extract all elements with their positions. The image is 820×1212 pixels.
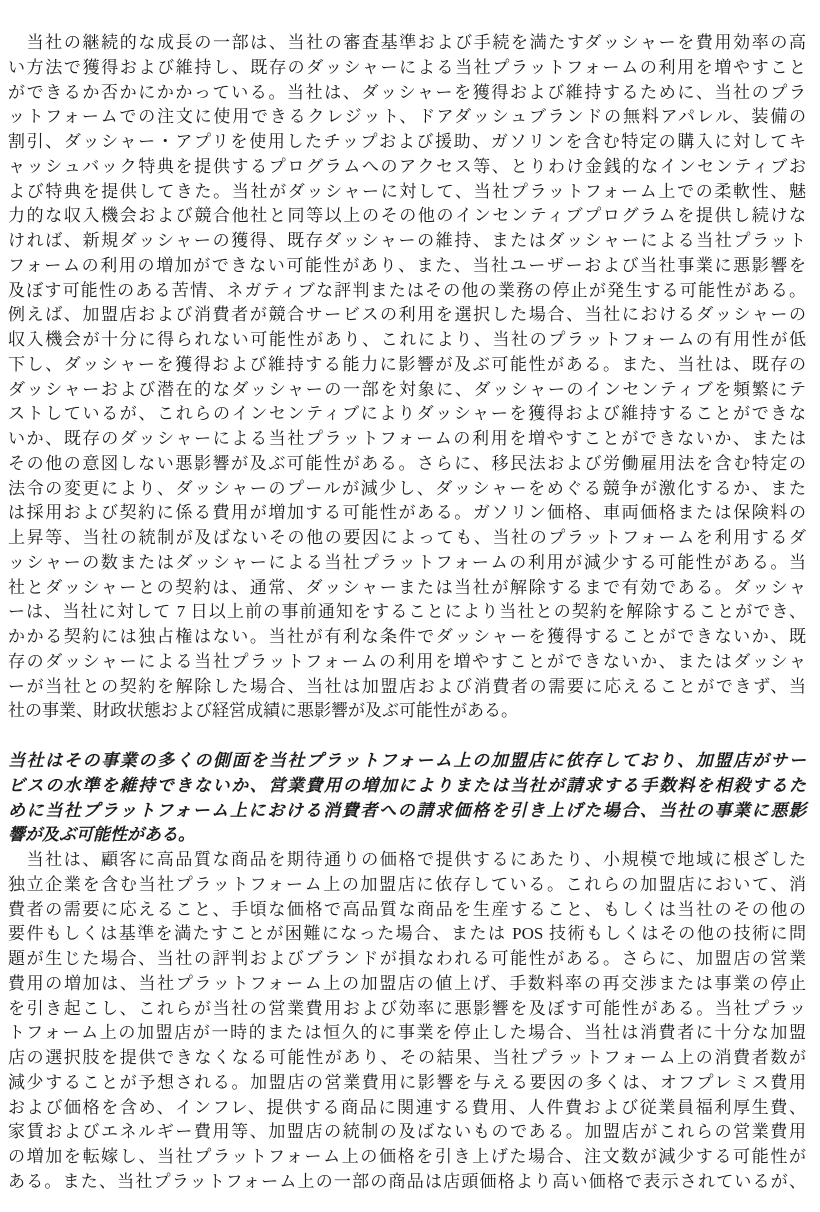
text-line: ダッシャーおよび潜在的なダッシャーの一部を対象に、ダッシャーのインセンティブを頻… — [8, 378, 806, 403]
text-line: 上昇等、当社の統制が及ばないその他の要因によっても、当社のプラットフォームを利用… — [8, 526, 806, 551]
text-line: ャッシュバック特典を提供するプログラムへのアクセス等、とりわけ金銭的なインセンテ… — [8, 155, 806, 180]
text-line: 題が生じた場合、当社の評判およびブランドが損なわれる可能性がある。さらに、加盟店… — [8, 947, 806, 972]
text-line: ができるか否かにかかっている。当社は、ダッシャーを獲得および維持するために、当社… — [8, 81, 806, 106]
text-line: 割引、ダッシャー・アプリを使用したチップおよび援助、ガソリンを含む特定の購入に対… — [8, 130, 806, 155]
paragraph-dasher-retention-risk: 当社の継続的な成長の一部は、当社の審査基準および手続を満たすダッシャーを費用効率… — [8, 31, 806, 724]
text-line: 下し、ダッシャーを獲得および維持する能力に影響が及ぶ可能性がある。また、当社は、… — [8, 353, 806, 378]
text-line: および価格を含め、インフレ、提供する商品に関連する費用、人件費および従業員福利厚… — [8, 1096, 806, 1121]
text-line: よび特典を提供してきた。当社がダッシャーに対して、当社プラットフォーム上での柔軟… — [8, 180, 806, 205]
text-line: 力的な収入機会および競合他社と同等以上のその他のインセンティブプログラムを提供し… — [8, 204, 806, 229]
text-line: 要件もしくは基準を満たすことが困難になった場合、または POS 技術もしくはその… — [8, 922, 806, 947]
risk-factor-heading-merchant-dependence: 当社はその事業の多くの側面を当社プラットフォーム上の加盟店に依存しており、加盟店… — [8, 749, 806, 848]
text-line: 費者の需要に応えること、手頃な価格で高品質な商品を生産すること、もしくは当社のそ… — [8, 898, 806, 923]
text-line: 費用の増加は、当社プラットフォーム上の加盟店の値上げ、手数料率の再交渉または事業… — [8, 972, 806, 997]
text-line: トフォーム上の加盟店が一時的または恒久的に事業を停止した場合、当社は消費者に十分… — [8, 1021, 806, 1046]
text-line: ーが当社との契約を解除した場合、当社は加盟店および消費者の需要に応えることができ… — [8, 675, 806, 700]
text-line: 例えば、加盟店および消費者が競合サービスの利用を選択した場合、当社におけるダッシ… — [8, 303, 806, 328]
text-line: を引き起こし、これらが当社の営業費用および効率に悪影響を及ぼす可能性がある。当社… — [8, 997, 806, 1022]
text-line: は採用および契約に係る費用が増加する可能性がある。ガソリン価格、車両価格または保… — [8, 501, 806, 526]
text-line: めに当社プラットフォーム上における消費者への請求価格を引き上げた場合、当社の事業… — [8, 799, 806, 824]
text-line: 当社の継続的な成長の一部は、当社の審査基準および手続を満たすダッシャーを費用効率… — [8, 31, 806, 56]
paragraph-merchant-dependence-risk: 当社は、顧客に高品質な商品を期待通りの価格で提供するにあたり、小規模で地域に根ざ… — [8, 848, 806, 1195]
document-page: 当社の継続的な成長の一部は、当社の審査基準および手続を満たすダッシャーを費用効率… — [0, 0, 820, 1212]
text-line: 店の選択肢を提供できなくなる可能性があり、その結果、当社プラットフォーム上の消費… — [8, 1046, 806, 1071]
text-line: ければ、新規ダッシャーの獲得、既存ダッシャーの維持、またはダッシャーによる当社プ… — [8, 229, 806, 254]
text-line: 収入機会が十分に得られない可能性があり、これにより、当社のプラットフォームの有用… — [8, 328, 806, 353]
text-line: 響が及ぶ可能性がある。 — [8, 823, 806, 848]
text-line: かかる契約には独占権はない。当社が有利な条件でダッシャーを獲得することができない… — [8, 625, 806, 650]
text-line: ットフォームでの注文に使用できるクレジット、ドアダッシュブランドの無料アパレル、… — [8, 105, 806, 130]
text-line: 社とダッシャーとの契約は、通常、ダッシャーまたは当社が解除するまで有効である。ダ… — [8, 576, 806, 601]
text-line: ビスの水準を維持できないか、営業費用の増加によりまたは当社が請求する手数料を相殺… — [8, 774, 806, 799]
text-line: フォームの利用の増加ができない可能性があり、また、当社ユーザーおよび当社事業に悪… — [8, 254, 806, 279]
text-line: いか、既存のダッシャーによる当社プラットフォームの利用を増やすことができないか、… — [8, 427, 806, 452]
text-line: 当社はその事業の多くの側面を当社プラットフォーム上の加盟店に依存しており、加盟店… — [8, 749, 806, 774]
text-line: い方法で獲得および維持し、既存のダッシャーによる当社プラットフォームの利用を増や… — [8, 56, 806, 81]
text-line: ある。また、当社プラットフォーム上の一部の商品は店頭価格より高い価格で表示されて… — [8, 1170, 806, 1195]
text-line: の増加を転嫁し、当社プラットフォーム上の価格を引き上げた場合、注文数が減少する可… — [8, 1145, 806, 1170]
text-line: 社の事業、財政状態および経営成績に悪影響が及ぶ可能性がある。 — [8, 699, 806, 724]
text-line: 減少することが予想される。加盟店の営業費用に影響を与える要因の多くは、オフプレミ… — [8, 1071, 806, 1096]
text-line: 当社は、顧客に高品質な商品を期待通りの価格で提供するにあたり、小規模で地域に根ざ… — [8, 848, 806, 873]
text-line: ッシャーの数またはダッシャーによる当社プラットフォームの利用が減少する可能性があ… — [8, 551, 806, 576]
text-line: 存のダッシャーによる当社プラットフォームの利用を増やすことができないか、またはダ… — [8, 650, 806, 675]
text-line: ーは、当社に対して 7 日以上前の事前通知をすることにより当社との契約を解除する… — [8, 600, 806, 625]
text-line: 及ぼす可能性のある苦情、ネガティブな評判またはその他の業務の停止が発生する可能性… — [8, 279, 806, 304]
text-line: 法令の変更により、ダッシャーのプールが減少し、ダッシャーをめぐる競争が激化するか… — [8, 477, 806, 502]
text-line: 家賃およびエネルギー費用等、加盟店の統制の及ばないものである。加盟店がこれらの営… — [8, 1120, 806, 1145]
text-line: ストしているが、これらのインセンティブによりダッシャーを獲得および維持することが… — [8, 402, 806, 427]
text-line: 独立企業を含む当社プラットフォーム上の加盟店に依存している。これらの加盟店におい… — [8, 873, 806, 898]
text-line: その他の意図しない悪影響が及ぶ可能性がある。さらに、移民法および労働雇用法を含む… — [8, 452, 806, 477]
